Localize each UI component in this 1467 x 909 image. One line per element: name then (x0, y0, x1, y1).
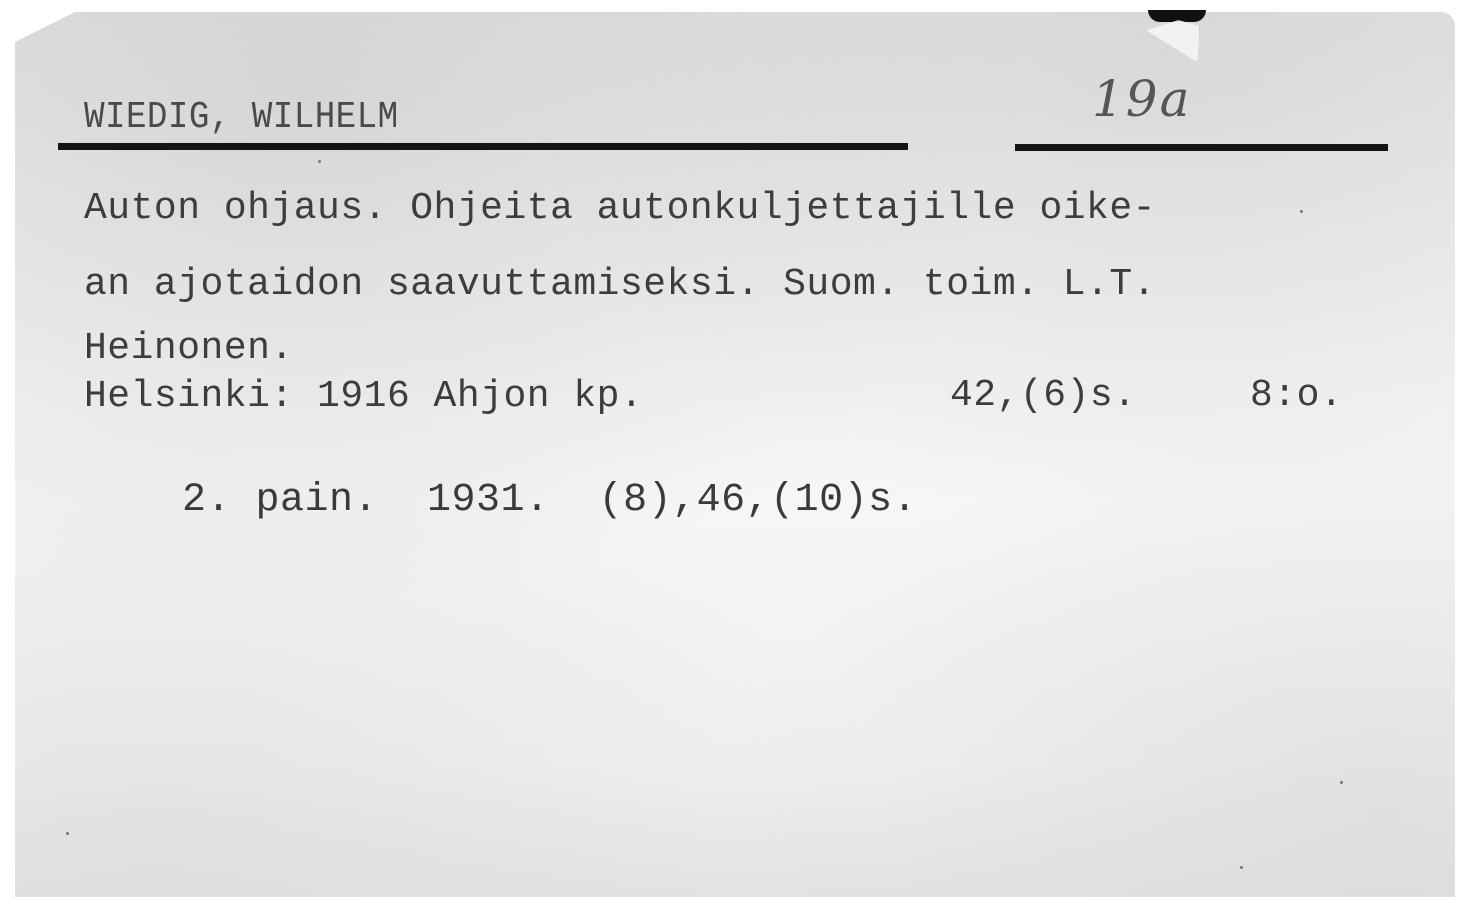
tape-fragment-icon (1148, 10, 1206, 22)
speck (1240, 866, 1243, 869)
title-line-1: Auton ohjaus. Ohjeita autonkuljettajille… (84, 186, 1156, 232)
card-heading-author: WIEDIG, WILHELM (84, 96, 399, 139)
heading-underline (58, 143, 908, 150)
imprint-line: Helsinki: 1916 Ahjon kp. (84, 374, 643, 420)
call-number-underline (1015, 144, 1388, 151)
pagination: 42,(6)s. (950, 374, 1136, 417)
title-line-2: an ajotaidon saavuttamiseksi. Suom. toim… (84, 262, 1156, 308)
call-number: 19a (1092, 70, 1191, 128)
speck (318, 160, 321, 163)
format: 8:o. (1250, 374, 1343, 417)
speck (66, 832, 69, 835)
speck (1300, 210, 1303, 213)
speck (1340, 781, 1343, 784)
edition-note: 2. pain. 1931. (8),46,(10)s. (182, 478, 917, 523)
editor-line: Heinonen. (84, 326, 294, 372)
